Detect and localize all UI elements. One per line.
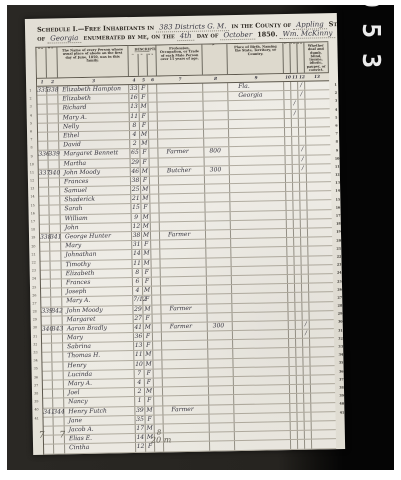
cell-occ [160,249,206,258]
cell-sex: F [140,121,149,129]
cell-occ [159,175,205,184]
cell-dw: 338 [40,234,50,242]
line-number: 2 [333,91,338,96]
cell-value [208,359,233,368]
cell-birth [235,431,291,440]
cell-occ [163,414,209,423]
cell-name: Shaderick [60,195,131,205]
cell-birth [233,339,289,348]
cell-name: William [61,214,132,224]
line-number: 25 [337,279,342,284]
line-number: 15 [30,203,34,208]
cell-value [210,451,235,455]
cell-name: Joel [64,388,135,398]
line-number: 18 [31,228,35,233]
cell-sex: M [145,388,154,396]
line-number: 36 [339,369,344,374]
cell-dw [44,454,54,455]
cell-value [208,350,233,359]
cell-sex: F [145,369,154,377]
cell-name: John Moody [62,306,133,316]
cell-dw: 340 [42,325,52,333]
cell-value: 300 [208,322,233,331]
cell-value [206,212,231,221]
cell-value [209,405,234,414]
line-number: 27 [337,296,342,301]
line-number: 40 [339,402,344,407]
cell-age: 17 [136,425,146,433]
cell-dw [41,298,51,306]
cell-age: 11 [130,112,140,120]
line-number: 11 [30,171,34,176]
cell-sex: M [144,360,153,368]
line-number: 14 [335,189,340,194]
line-number: 31 [33,334,37,339]
line-number: 39 [339,394,344,399]
cell-age: 13 [129,103,139,111]
cell-name: Samuel [60,186,131,196]
cell-color [149,140,158,148]
cell-value [205,203,230,212]
cell-age: 14 [136,434,146,442]
cell-color [151,222,160,230]
cell-c13 [311,375,335,384]
cell-color [148,103,157,111]
cell-sex: M [142,250,151,258]
cell-dw [38,133,48,141]
cell-dw [37,96,47,104]
line-number: 6 [29,130,33,135]
cell-c13 [306,146,330,155]
cell-fam: 343 [52,325,63,333]
cell-c13 [307,182,331,191]
cell-c13 [310,348,334,357]
line-number: 13 [335,181,340,186]
cell-sex: M [139,103,148,111]
line-number: 13 [30,187,34,192]
cell-c13 [310,329,334,338]
cell-fam: 338 [47,86,58,94]
cell-sex: F [141,158,150,166]
cell-birth [233,312,289,321]
line-number: 34 [338,353,343,358]
cell-name: Frances [62,278,133,288]
cell-c13 [310,357,334,366]
cell-value [205,184,230,193]
cell-age: 4 [130,131,140,139]
cell-birth: Fla. [228,82,284,91]
cell-sex: F [144,314,153,322]
cell-dw [42,335,52,343]
microfilm-background: 0053 Schedule I.—Free Inhabitants in 383… [7,5,394,470]
line-number: 31 [338,328,343,333]
line-number: 15 [335,197,340,202]
cell-fam [53,390,64,398]
line-number: 19 [336,230,341,235]
cell-age: 27 [134,314,144,322]
cell-birth [234,376,290,385]
cell-occ [162,332,208,341]
cell-fam [50,224,61,232]
title-handwritten-day: 4th [177,32,195,41]
cell-age: 36 [134,333,144,341]
cell-occ: Butcher [159,166,205,175]
cell-c13 [309,292,333,301]
cell-birth [230,192,286,201]
cell-dw [43,381,53,389]
cell-sex: M [141,195,150,203]
line-number: 32 [338,337,343,342]
cell-age: 25 [131,186,141,194]
cell-dw: 339 [41,307,51,315]
cell-c13 [309,302,333,311]
cell-birth [232,284,288,293]
cell-fam [53,417,64,425]
cell-sex: M [142,259,151,267]
title-printed: of [37,35,45,43]
line-number: 37 [34,383,38,388]
cell-value [208,331,233,340]
cell-color [149,121,158,129]
line-number: 21 [336,247,341,252]
cell-color [150,195,159,203]
cell-name: Johnathan [61,250,132,260]
cell-dw [43,371,53,379]
line-number: 3 [333,99,338,104]
cell-occ [158,139,204,148]
cell-birth [230,156,286,165]
cell-dw [40,224,50,232]
census-rows: 335338Elizabeth Hampton33FFla./Elizabeth… [37,81,336,455]
cell-sex: M [142,213,151,221]
cell-occ [161,286,207,295]
header-description-label: DESCRIPTION. [134,47,149,52]
cell-birth [231,257,287,266]
cell-value [207,267,232,276]
cell-dw [41,280,51,288]
cell-c12 [305,449,312,455]
cell-age: 4 [135,379,145,387]
line-number: 20 [336,238,341,243]
cell-sex: F [139,94,148,102]
cell-fam: 342 [51,307,62,315]
cell-sex: F [145,415,154,423]
cell-name: Henry [63,361,134,371]
cell-c13 [311,366,335,375]
line-number: 30 [33,326,37,331]
cell-value [209,368,234,377]
cell-value [210,423,235,432]
cell-value [206,230,231,239]
cell-color [153,342,162,350]
cell-age: 4 [133,287,143,295]
title-printed-cutoff: Sta [329,20,341,28]
cell-occ [161,295,207,304]
cell-dw [42,353,52,361]
cell-color [153,360,162,368]
cell-name: David [59,140,130,150]
header-family: Families numbered in the order of visita… [46,47,58,77]
line-number: 41 [34,416,38,421]
cell-color [148,94,157,102]
col-number: 4 [130,78,137,83]
cell-color [152,277,161,285]
cell-name: George Hunter [61,232,132,242]
cell-fam [53,399,64,407]
cell-sex: F [145,397,154,405]
line-number: 28 [32,310,36,315]
cell-color [153,314,162,322]
cell-color [149,112,158,120]
cell-dw [40,261,50,269]
cell-age: 15 [131,204,141,212]
cell-dw [39,197,49,205]
cell-value [205,193,230,202]
cell-dw [40,243,50,251]
cell-age: 6 [133,278,143,286]
cell-birth [232,275,288,284]
cell-dw [38,142,48,150]
cell-value [203,92,228,101]
cell-fam [50,215,61,223]
cell-value [203,83,228,92]
line-number: 18 [336,222,341,227]
cell-fam [50,243,61,251]
line-number: 34 [33,359,37,364]
cell-value [206,221,231,230]
line-number: 7 [334,132,339,137]
cell-value: 800 [204,147,229,156]
header-description-columns: Age. Sex. Color—White, black, or mulatto… [129,54,156,77]
cell-fam [49,160,60,168]
cell-age: 46 [131,168,141,176]
cell-name: Timothy [61,260,132,270]
page-body: 1234567891011121314151617181920212223242… [27,41,345,455]
cell-birth [230,165,286,174]
cell-occ [161,267,207,276]
cell-c13 [311,394,335,403]
cell-fam [49,206,60,214]
census-page: Schedule I.—Free Inhabitants in 383 Dist… [25,13,345,455]
cell-dw [44,445,54,453]
cell-value [208,313,233,322]
cell-occ [157,93,203,102]
cell-birth [233,348,289,357]
line-number: 7 [29,138,33,143]
col-number: 13 [309,74,326,79]
cell-fam [47,105,58,113]
cell-sex: F [140,149,149,157]
line-number: 33 [338,345,343,350]
col-number: 10 [285,75,290,80]
cell-sex: M [144,351,153,359]
cell-age: 8 [130,122,140,130]
cell-sex: F [143,296,152,304]
line-number: 39 [34,400,38,405]
cell-occ [162,341,208,350]
cell-occ [164,451,210,455]
cell-dw [38,114,48,122]
col-number: 12 [299,75,304,80]
cell-fam: 340 [49,169,60,177]
cell-color [155,452,164,455]
cell-color [151,231,160,239]
cell-fam [50,252,61,260]
cell-age: 2 [130,140,140,148]
title-printed: enumerated by me, on the [83,32,174,42]
cell-dw: 335 [37,87,47,95]
title-handwritten-marshal-name: Wm. McKinny [280,29,336,39]
cell-value [204,138,229,147]
cell-dw [37,105,47,113]
cell-color [152,305,161,313]
cell-sex: M [140,140,149,148]
cell-fam [52,334,63,342]
cell-sex: F [145,379,154,387]
col-number: 2 [49,79,57,84]
cell-name: Mary A. [62,296,133,306]
cell-value [206,248,231,257]
cell-dw [40,215,50,223]
cell-occ [158,130,204,139]
cell-name: Elizabeth Hampton [58,85,129,95]
header-birthplace: Place of Birth, Naming the State, Territ… [227,43,284,74]
cell-sex: M [141,167,150,175]
line-number: 21 [31,252,35,257]
cell-sex: F [139,85,148,93]
line-number: 5 [334,116,339,121]
cell-dw: 341 [43,408,53,416]
cell-c13 [309,283,333,292]
cell-color [150,176,159,184]
cell-occ [161,277,207,286]
cell-occ [159,157,205,166]
cell-name: Richard [58,103,129,113]
cell-birth [228,100,284,109]
line-number: 4 [334,107,339,112]
cell-birth [233,358,289,367]
cell-value [205,175,230,184]
cell-color [150,167,159,175]
cell-color [149,130,158,138]
cell-age: 7 [135,370,145,378]
cell-sex: F [140,112,149,120]
line-number: 10 [335,157,340,162]
cell-age: 12 [136,443,146,451]
cell-fam [51,288,62,296]
cell-name: Elizabeth [62,269,133,279]
cell-fam [49,197,60,205]
header-deaf-dumb-blind: Whether deaf and dumb, blind, insane, id… [304,42,329,72]
cell-name: Jacob A. [65,425,136,435]
cell-fam [53,371,64,379]
line-number: 29 [33,318,37,323]
line-number: 37 [339,378,344,383]
cell-sex: F [141,177,150,185]
cell-occ [159,203,205,212]
line-number: 14 [30,195,34,200]
cell-name: John [61,223,132,233]
cell-fam [53,380,64,388]
cell-color [152,268,161,276]
line-number: 25 [32,285,36,290]
cell-c13 [310,320,334,329]
cell-name: Jane [64,416,135,426]
cell-age: 1 [135,397,145,405]
cell-value [209,395,234,404]
cell-birth [235,450,291,455]
cell-occ [163,387,209,396]
cell-name: Thomas H. [63,351,134,361]
cell-birth [232,293,288,302]
cell-age: 35 [135,416,145,424]
cell-color [150,186,159,194]
cell-value [206,239,231,248]
cell-c13 [307,155,331,164]
cell-name: Frances [60,177,131,187]
line-number: 26 [32,293,36,298]
cell-sex: F [141,204,150,212]
cell-c13 [308,210,332,219]
header-color: Color—White, black, or mulatto. [148,54,156,76]
cell-birth [235,440,291,449]
cell-color [151,259,160,267]
line-number: 16 [31,212,35,217]
cell-name: Nancy [64,397,135,407]
cell-c13 [311,412,335,421]
line-number: 16 [336,206,341,211]
cell-birth [229,119,285,128]
cell-fam [51,298,62,306]
cell-c13 [307,164,331,173]
cell-value [210,441,235,450]
cell-occ [158,120,204,129]
cell-occ [158,111,204,120]
cell-fam [49,187,60,195]
cell-birth [229,146,285,155]
cell-dw [41,289,51,297]
line-number: 33 [33,351,37,356]
cell-occ [163,396,209,405]
cell-age: 7/12 [133,296,143,304]
cell-occ [162,350,208,359]
line-number: 22 [31,261,35,266]
cell-fam [50,261,61,269]
cell-age: 14 [132,250,142,258]
line-number: 24 [337,271,342,276]
cell-occ [163,368,209,377]
cell-fam [48,142,59,150]
cell-sex: M [143,287,152,295]
cell-value [208,340,233,349]
cell-occ [157,102,203,111]
cell-c13 [312,449,336,455]
line-number: 12 [30,179,34,184]
col-number: 1 [39,80,46,85]
line-number: 22 [336,255,341,260]
line-number: 4 [29,113,33,118]
line-number: 19 [31,236,35,241]
cell-sex: F [143,268,152,276]
cell-fam [54,454,65,455]
line-number: 6 [334,124,339,129]
cell-fam [52,344,63,352]
cell-name: Mary [61,241,132,251]
cell-c13 [307,201,331,210]
cell-c13 [307,191,331,200]
line-number: 3 [28,105,32,110]
cell-sex: M [143,305,152,313]
